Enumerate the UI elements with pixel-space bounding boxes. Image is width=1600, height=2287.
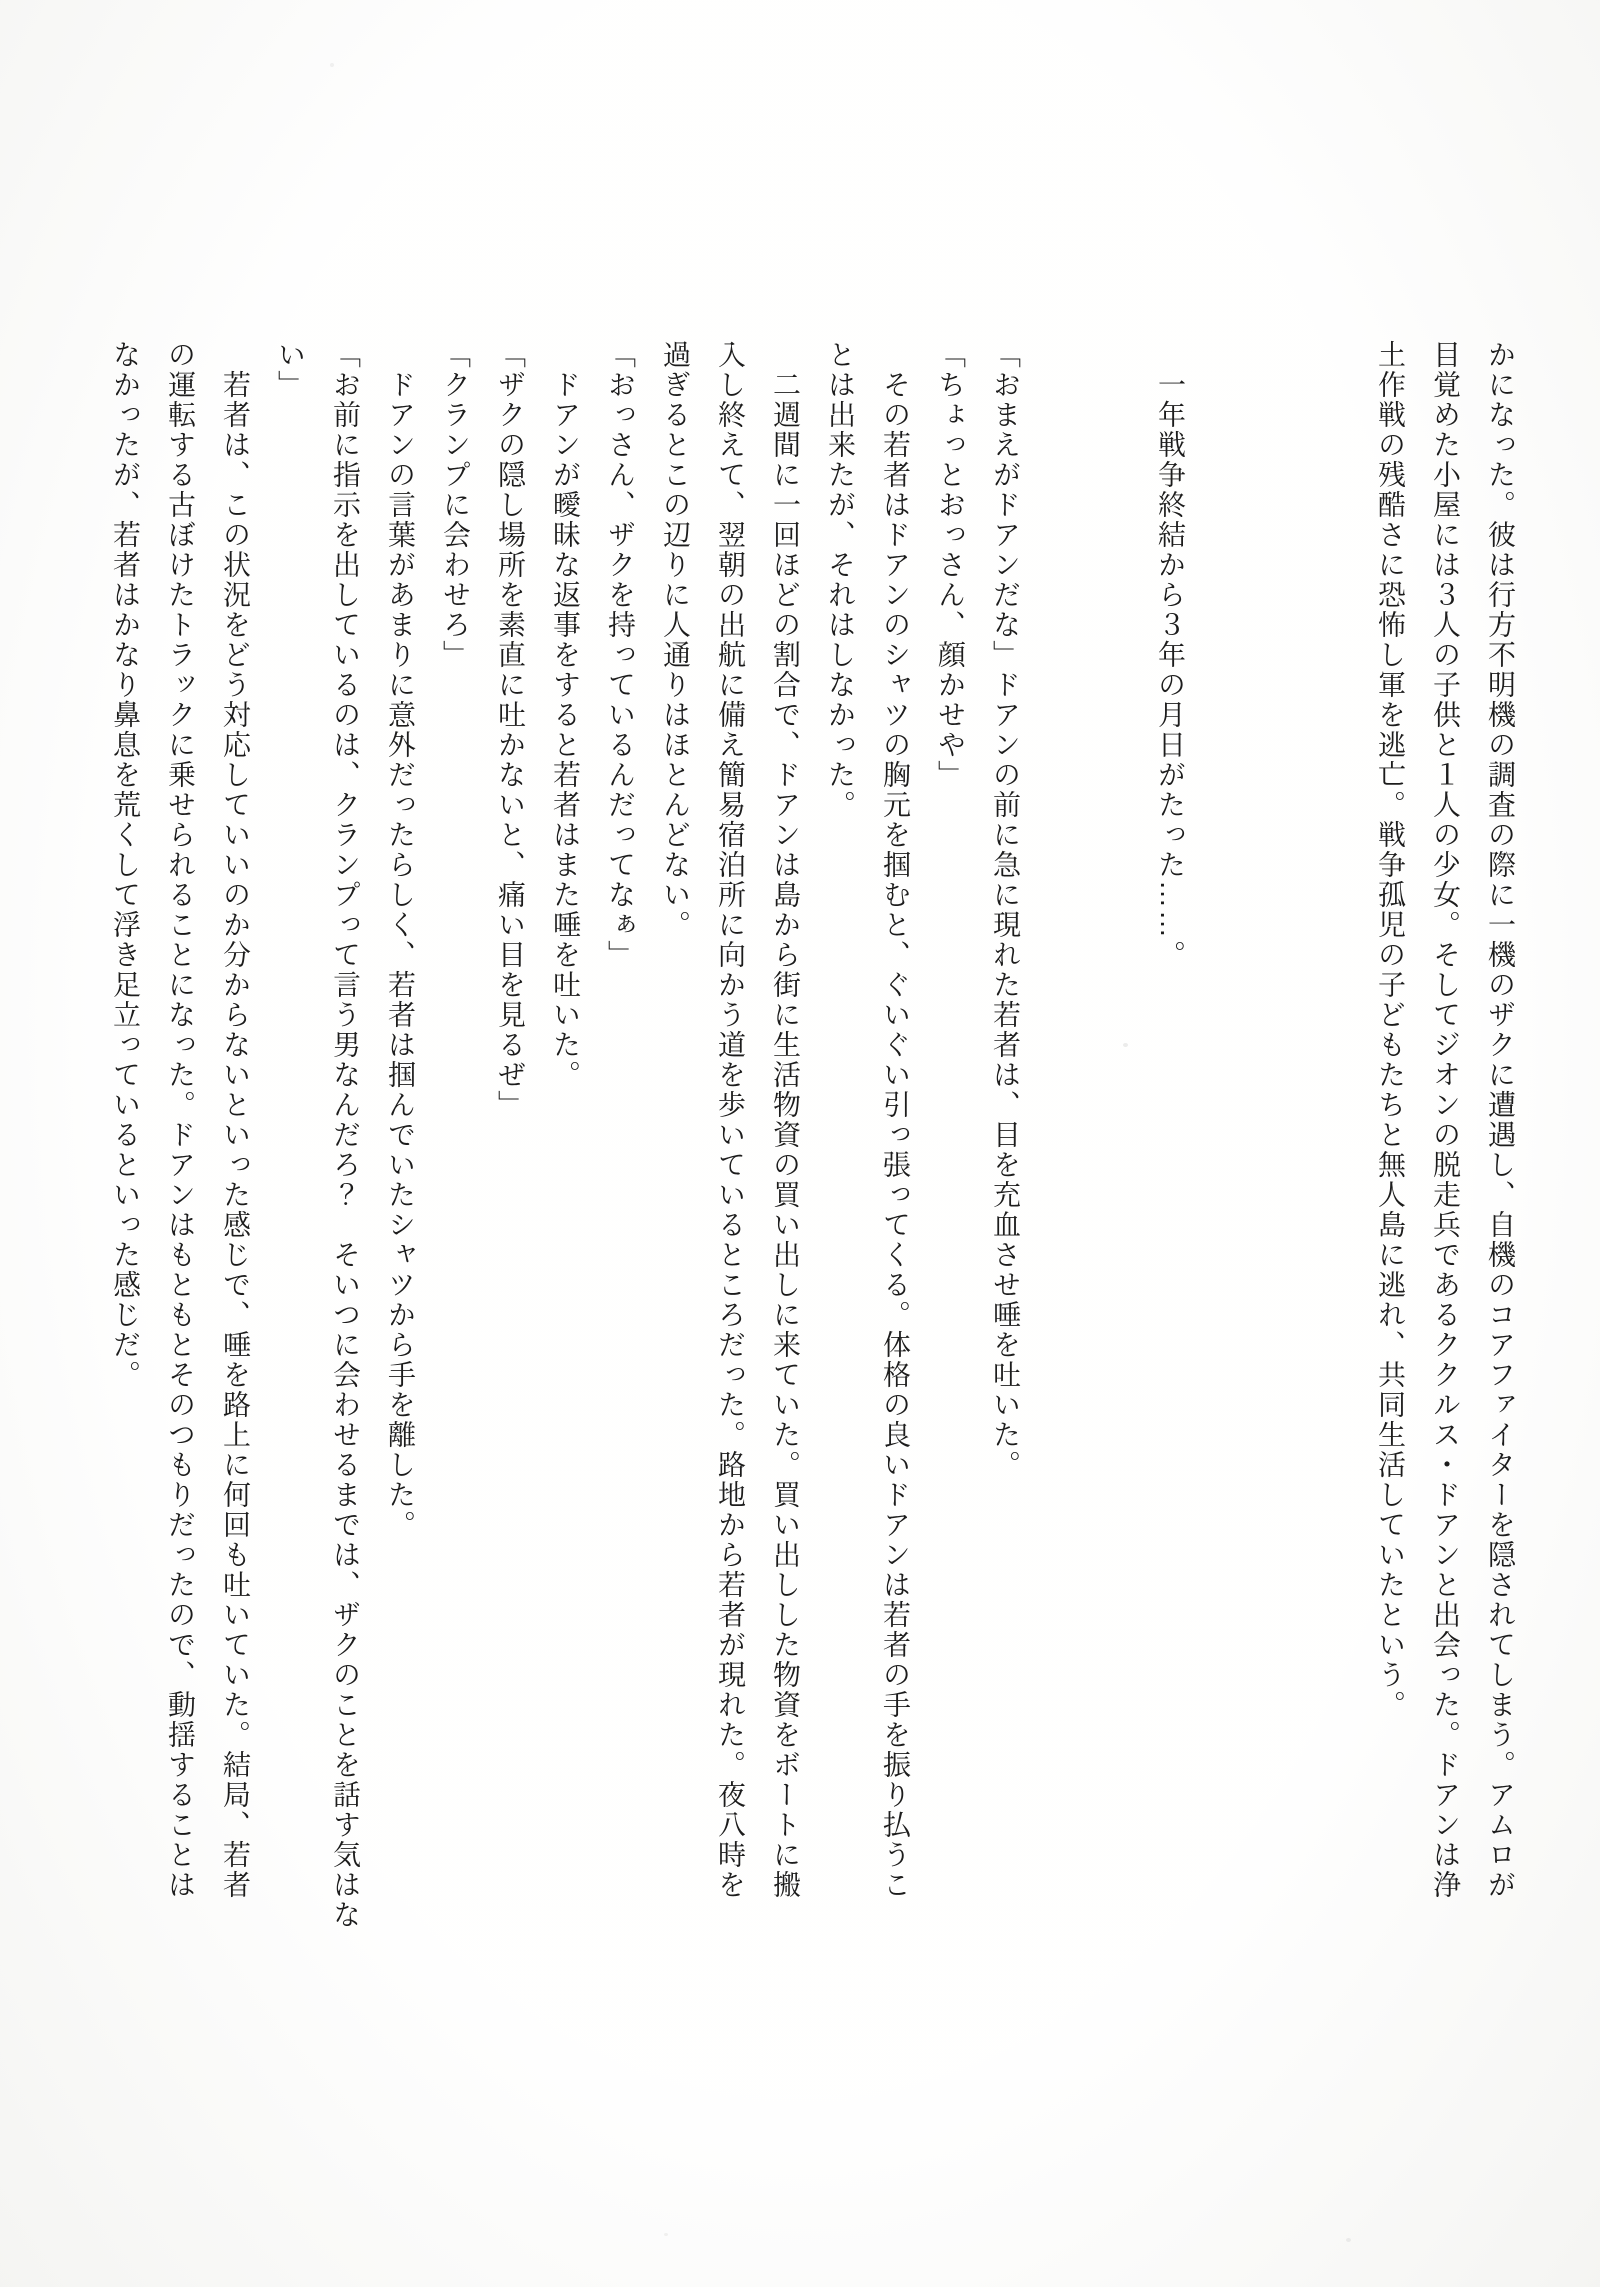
text-line-9: 二週間に一回ほどの割合で、ドアンは島から街に生活物資の買い出しに来ていた。買い出… (758, 340, 813, 1930)
scan-speck (1346, 2238, 1351, 2242)
text-line-13: ドアンが曖昧な返事をすると若者はまた唾を吐いた。 (538, 340, 593, 1930)
scanned-page: かになった。彼は行方不明機の調査の際に一機のザクに遭遇し、自機のコアファイターを… (0, 0, 1600, 2287)
text-line-4: 一年戦争終結から３年の月日がたった……。 (1143, 340, 1198, 1930)
text-line-8: とは出来たが、それはしなかった。 (813, 340, 868, 1930)
text-line-14: 「ザクの隠し場所を素直に吐かないと、痛い目を見るぜ」 (483, 340, 538, 1930)
scan-speck (664, 2233, 668, 2236)
text-line-21: なかったが、若者はかなり鼻息を荒くして浮き足立っているといった感じだ。 (98, 340, 153, 1930)
text-line-11: 過ぎるとこの辺りに人通りはほとんどない。 (648, 340, 703, 1930)
text-line-10: 入し終えて、翌朝の出航に備え簡易宿泊所に向かう道を歩いているところだった。路地か… (703, 340, 758, 1930)
text-line-12: 「おっさん、ザクを持っているんだってなぁ」 (593, 340, 648, 1930)
text-line-18: い」 (263, 340, 318, 1930)
text-line-3: 土作戦の残酷さに恐怖し軍を逃亡。戦争孤児の子どもたちと無人島に逃れ、共同生活して… (1363, 340, 1418, 1930)
text-line-2: 目覚めた小屋には３人の子供と１人の少女。そしてジオンの脱走兵であるククルス・ドア… (1418, 340, 1473, 1930)
text-line-15: 「クランプに会わせろ」 (428, 340, 483, 1930)
scan-speck (330, 63, 334, 67)
text-line-1: かになった。彼は行方不明機の調査の際に一機のザクに遭遇し、自機のコアファイターを… (1473, 340, 1528, 1930)
scan-speck (1123, 1043, 1128, 1047)
text-line-5: 「おまえがドアンだな」ドアンの前に急に現れた若者は、目を充血させ唾を吐いた。 (978, 340, 1033, 1930)
vertical-text-block: かになった。彼は行方不明機の調査の際に一機のザクに遭遇し、自機のコアファイターを… (98, 340, 1528, 1930)
text-line-20: の運転する古ぼけたトラックに乗せられることになった。ドアンはもともとそのつもりだ… (153, 340, 208, 1930)
text-line-6: 「ちょっとおっさん、顔かせや」 (923, 340, 978, 1930)
text-line-19: 若者は、この状況をどう対応していいのか分からないといった感じで、唾を路上に何回も… (208, 340, 263, 1930)
text-line-16: ドアンの言葉があまりに意外だったらしく、若者は掴んでいたシャツから手を離した。 (373, 340, 428, 1930)
text-line-17: 「お前に指示を出しているのは、クランプって言う男なんだろ？ そいつに会わせるまで… (318, 340, 373, 1930)
text-line-7: その若者はドアンのシャツの胸元を掴むと、ぐいぐい引っ張ってくる。体格の良いドアン… (868, 340, 923, 1930)
